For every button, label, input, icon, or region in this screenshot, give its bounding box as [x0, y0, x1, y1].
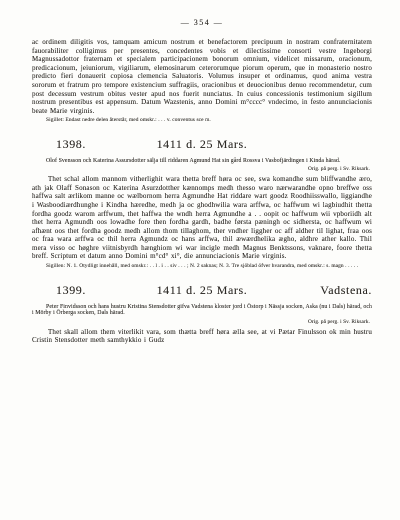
seal-note-intro: Sigillet: Endast nedre delen återstår, m… [32, 117, 372, 124]
entry-1398-source: Orig. på perg. i Sv. Riksark. [32, 166, 370, 172]
entry-1399-summary: Peter Finvidsson och hans hustru Kristin… [32, 304, 372, 317]
entry-1399-heading: 1399. 1411 d. 25 Mars. Vadstena. [32, 283, 372, 297]
entry-number: 1399. [56, 283, 86, 298]
page-number: — 354 — [32, 18, 372, 27]
entry-1399-body: Thet skall allom them viterlikit vara, s… [32, 328, 372, 345]
entry-1398-seal-note: Sigillen: N. 1. Otydligt innehåll, med o… [32, 263, 372, 270]
scanned-book-page: — 354 — ac ordinem diligitis vos, tamqua… [0, 0, 400, 520]
latin-paragraph-continuation: ac ordinem diligitis vos, tamquam amicum… [32, 38, 372, 115]
entry-1399-source: Orig. på perg. i Sv. Riksark. [32, 319, 370, 325]
entry-place: Vadstena. [320, 283, 372, 298]
entry-1398-heading: 1398. 1411 d. 25 Mars. [32, 137, 372, 151]
entry-1398-summary: Olof Svensson och Katerina Assursdotter … [32, 158, 372, 165]
entry-1398-body: Thet schal allom mannom vitherlighit war… [32, 175, 372, 261]
entry-number: 1398. [56, 137, 86, 152]
